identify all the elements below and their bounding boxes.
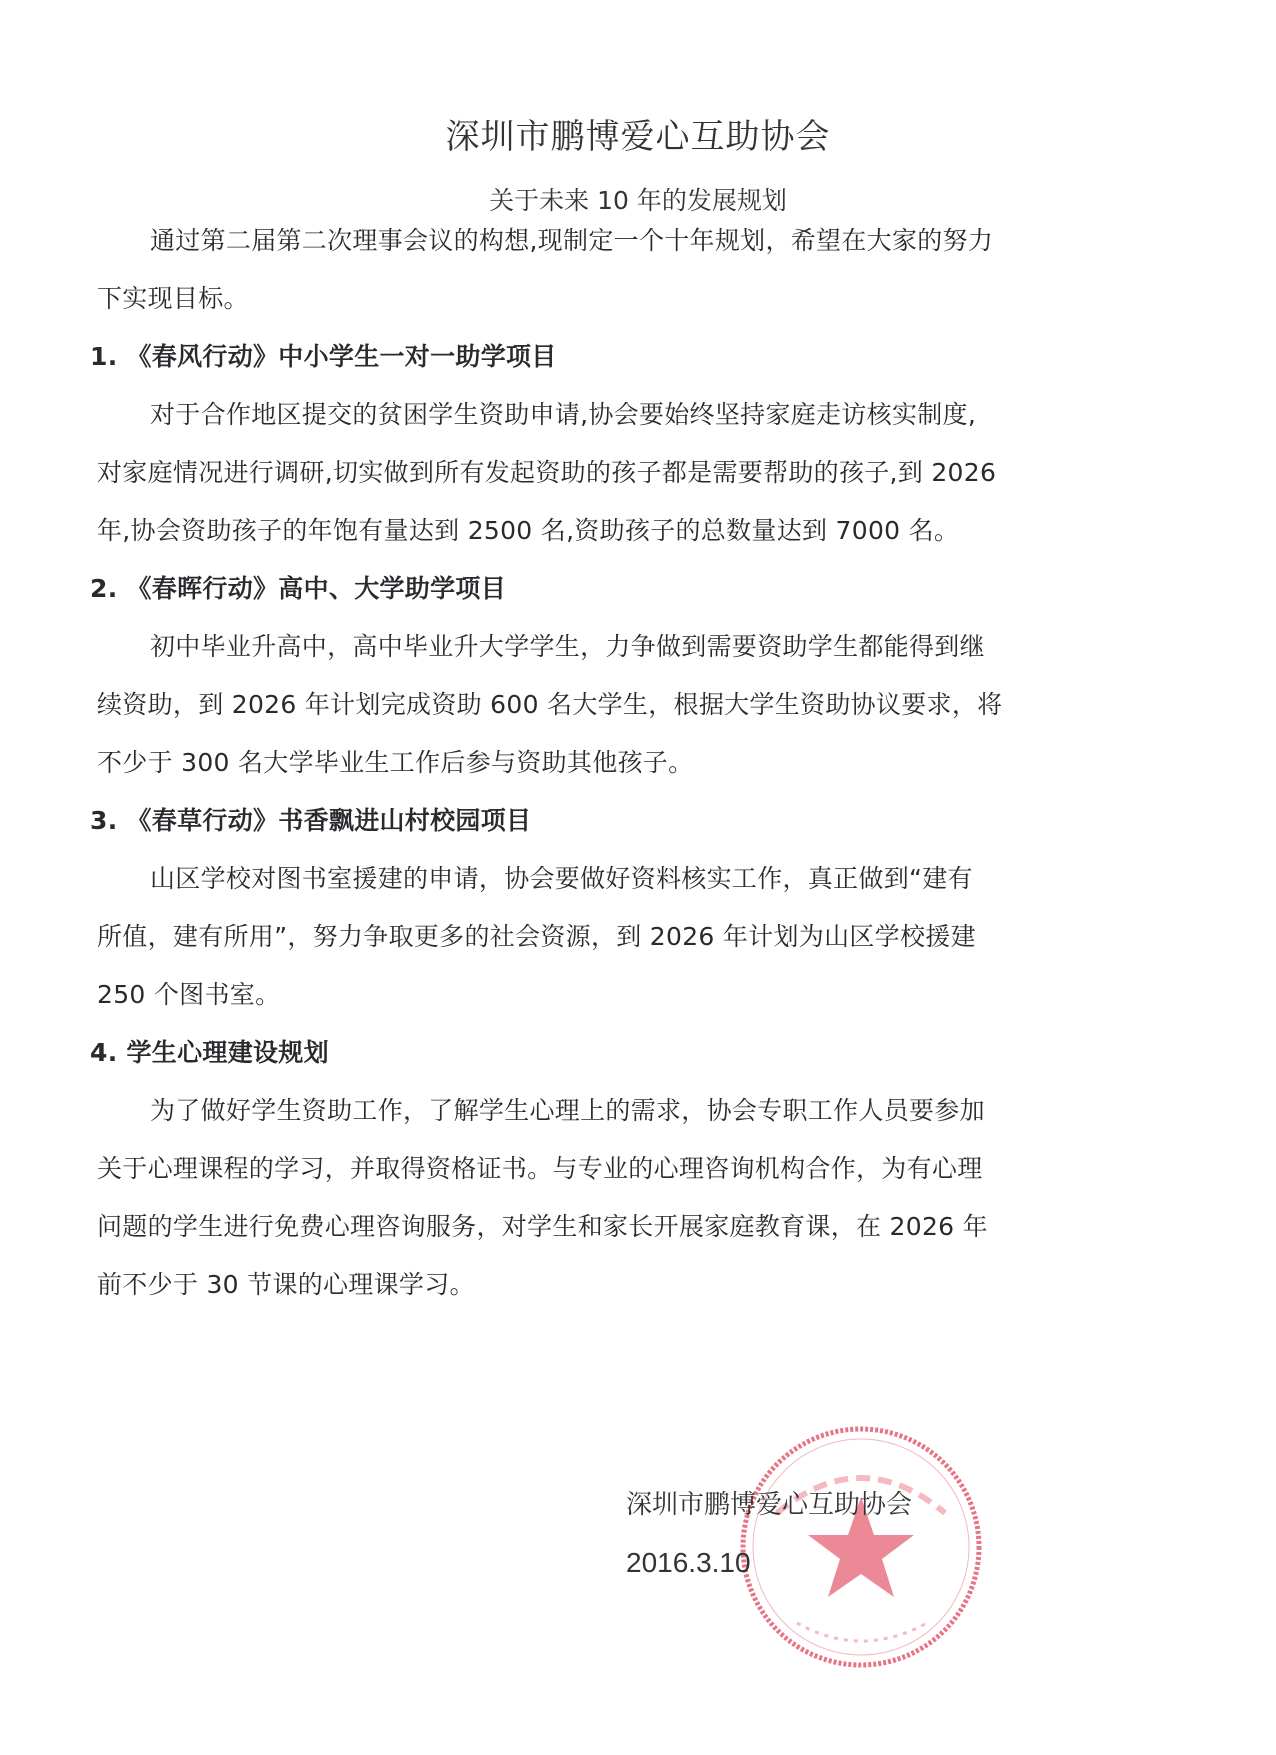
document-subtitle: 关于未来 10 年的发展规划 (0, 183, 1276, 219)
section-1-line-2: 对家庭情况进行调研,切实做到所有发起资助的孩子都是需要帮助的孩子,到 2026 (97, 455, 996, 491)
official-seal-icon (737, 1423, 985, 1671)
section-4-line-4: 前不少于 30 节课的心理课学习。 (97, 1267, 475, 1303)
section-4-line-1: 为了做好学生资助工作，了解学生心理上的需求，协会专职工作人员要参加 (150, 1093, 985, 1129)
section-3-line-2: 所值，建有所用”，努力争取更多的社会资源，到 2026 年计划为山区学校援建 (97, 919, 976, 955)
section-4-line-2: 关于心理课程的学习，并取得资格证书。与专业的心理咨询机构合作，为有心理 (97, 1151, 983, 1187)
section-2-heading: 2. 《春晖行动》高中、大学助学项目 (90, 571, 506, 607)
section-4-line-3: 问题的学生进行免费心理咨询服务，对学生和家长开展家庭教育课，在 2026 年 (97, 1209, 988, 1245)
section-1-line-1: 对于合作地区提交的贫困学生资助申请,协会要始终坚持家庭走访核实制度, (150, 397, 976, 433)
document-title: 深圳市鹏博爱心互助协会 (0, 113, 1276, 161)
section-2-line-2: 续资助，到 2026 年计划完成资助 600 名大学生，根据大学生资助协议要求，… (97, 687, 1002, 723)
section-3-heading: 3. 《春草行动》书香飘进山村校园项目 (90, 803, 531, 839)
section-1-line-3: 年,协会资助孩子的年饱有量达到 2500 名,资助孩子的总数量达到 7000 名… (97, 513, 959, 549)
intro-line-1: 通过第二届第二次理事会议的构想,现制定一个十年规划，希望在大家的努力 (150, 223, 993, 259)
section-4-heading: 4. 学生心理建设规划 (90, 1035, 329, 1071)
document-page: 深圳市鹏博爱心互助协会 关于未来 10 年的发展规划 通过第二届第二次理事会议的… (0, 0, 1276, 1755)
signature-organization: 深圳市鹏博爱心互助协会 (626, 1487, 912, 1523)
intro-line-2: 下实现目标。 (97, 281, 249, 317)
section-2-line-3: 不少于 300 名大学毕业生工作后参与资助其他孩子。 (97, 745, 693, 781)
signature-date: 2016.3.10 (626, 1545, 751, 1581)
section-1-heading: 1. 《春风行动》中小学生一对一助学项目 (90, 339, 557, 375)
section-3-line-3: 250 个图书室。 (97, 977, 280, 1013)
section-2-line-1: 初中毕业升高中，高中毕业升大学学生，力争做到需要资助学生都能得到继 (150, 629, 985, 665)
section-3-line-1: 山区学校对图书室援建的申请，协会要做好资料核实工作，真正做到“建有 (150, 861, 973, 897)
